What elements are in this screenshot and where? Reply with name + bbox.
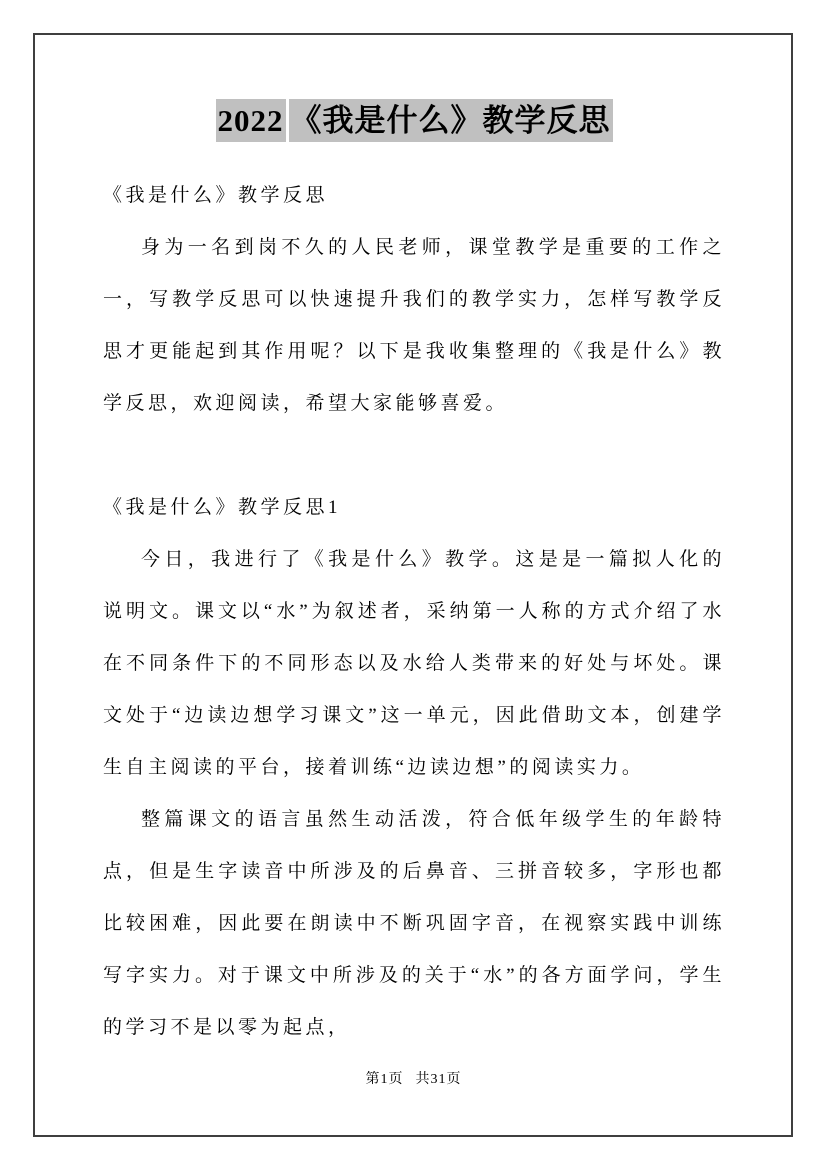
subtitle-text: 《我是什么》教学反思 <box>103 170 725 222</box>
page-footer: 第1页共31页 <box>0 1068 827 1088</box>
section1-paragraph-2: 整篇课文的语言虽然生动活泼，符合低年级学生的年龄特点，但是生字读音中所涉及的后鼻… <box>103 794 725 1054</box>
blank-line <box>103 430 725 482</box>
subtitle-line: 《我是什么》教学反思 <box>103 170 725 222</box>
intro-paragraph: 身为一名到岗不久的人民老师，课堂教学是重要的工作之一，写教学反思可以快速提升我们… <box>103 222 725 430</box>
body-paragraphs: 身为一名到岗不久的人民老师，课堂教学是重要的工作之一，写教学反思可以快速提升我们… <box>103 222 725 1054</box>
page-content: 2022《我是什么》教学反思 《我是什么》教学反思 身为一名到岗不久的人民老师，… <box>103 94 725 1054</box>
footer-page-number: 第1页 <box>366 1072 404 1087</box>
section1-paragraph-1: 今日，我进行了《我是什么》教学。这是是一篇拟人化的说明文。课文以“水”为叙述者，… <box>103 534 725 794</box>
section1-heading: 《我是什么》教学反思1 <box>103 482 725 534</box>
title-text-highlight: 《我是什么》教学反思 <box>289 99 613 142</box>
document-page: 2022《我是什么》教学反思 《我是什么》教学反思 身为一名到岗不久的人民老师，… <box>0 0 827 1170</box>
footer-total-pages: 共31页 <box>416 1072 462 1087</box>
title-year-highlight: 2022 <box>216 99 286 142</box>
document-title: 2022《我是什么》教学反思 <box>103 94 725 148</box>
